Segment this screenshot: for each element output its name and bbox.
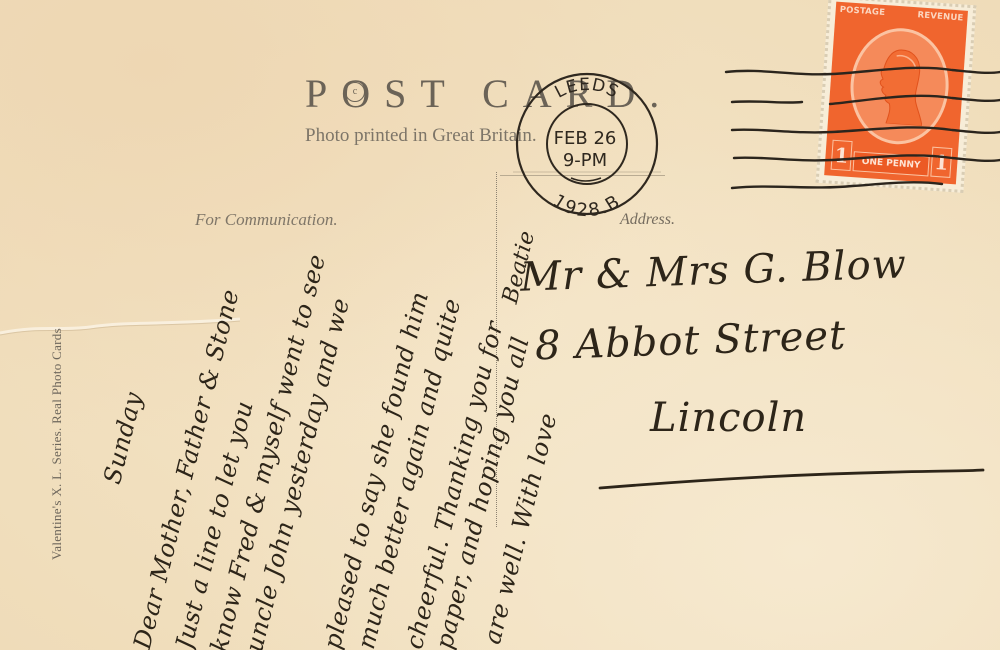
address-recipient: Mr & Mrs G. Blow — [519, 241, 907, 300]
postmark-code: B — [602, 190, 625, 215]
postmark-time: 9-PM — [563, 150, 607, 171]
printed-in-label: Photo printed in Great Britain. — [305, 125, 537, 147]
copyright-mark: c — [345, 82, 365, 102]
stamp-revenue-label: REVENUE — [917, 10, 964, 23]
message-line: Sunday — [98, 389, 148, 487]
communication-label: For Communication. — [195, 210, 338, 230]
svg-text:1928.B: 1928.B — [549, 190, 625, 217]
postmark-year: 1928 — [549, 190, 604, 217]
cancellation-lines — [722, 60, 1000, 195]
stamp-postage-label: POSTAGE — [839, 5, 885, 18]
address-street: 8 Abbot Street — [534, 313, 847, 370]
address-underline — [598, 460, 988, 495]
publisher-line: Valentine's X. L. Series. Real Photo Car… — [49, 328, 65, 560]
postmark-date: FEB 26 — [554, 128, 617, 149]
postmark: LEEDS FEB 26 9-PM 1928.B — [505, 72, 665, 217]
address-city: Lincoln — [650, 395, 807, 441]
postcard-back: POST CARD. c Photo printed in Great Brit… — [0, 0, 1000, 650]
